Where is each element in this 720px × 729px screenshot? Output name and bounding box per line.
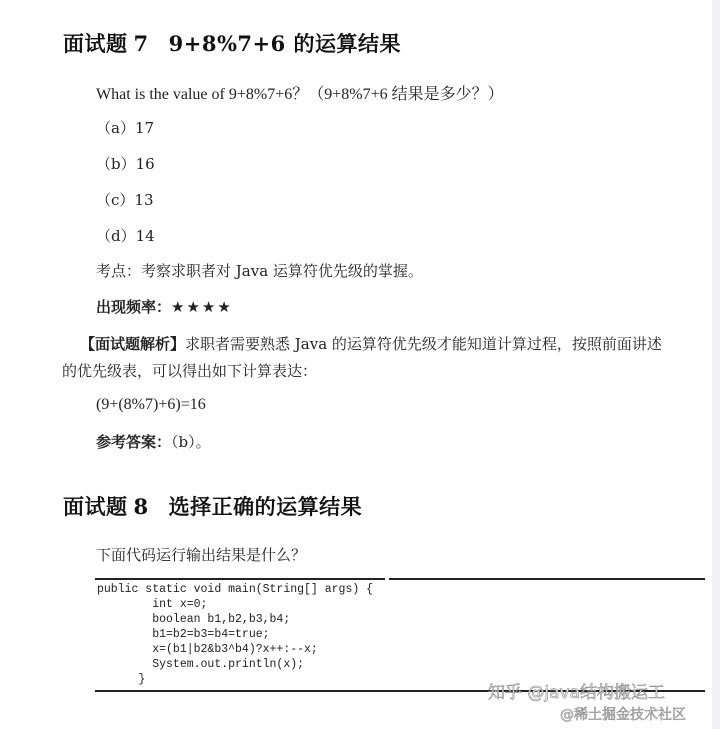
q8-heading-number: 8 [134,494,149,519]
answer-value: （b）。 [171,433,211,451]
answer-label: 参考答案： [96,433,171,451]
frequency-stars-icon: ★★★★ [171,298,233,316]
q8-code-block: public static void main(String[] args) {… [97,582,373,687]
watermark-zhihu: 知乎 @java结构搬运工 [488,678,665,703]
q7-key-point: 考点：考察求职者对 Java 运算符优先级的掌握。 [96,260,423,281]
code-top-rule [95,578,385,580]
analysis-label: 【面试题解析】 [80,335,185,353]
key-point-label: 考点： [96,262,141,280]
q7-heading-text: 9+8%7+6 的运算结果 [169,31,401,56]
q8-question: 下面代码运行输出结果是什么？ [96,544,306,565]
q7-analysis-line1: 【面试题解析】求职者需要熟悉 Java 的运算符优先级才能知道计算过程，按照前面… [80,333,662,354]
q8-heading: 面试题8选择正确的运算结果 [63,491,362,521]
watermark-juejin: @稀土掘金技术社区 [560,704,686,724]
code-top-rule-right [389,578,705,580]
q7-expression: (9+(8%7)+6)=16 [96,396,206,414]
q7-option-d: （d）14 [96,225,155,246]
q7-option-b: （b）16 [96,153,155,174]
q7-heading-prefix: 面试题 [63,31,128,56]
analysis-text: 求职者需要熟悉 Java 的运算符优先级才能知道计算过程，按照前面讲述 [185,335,662,353]
q7-option-c: （c）13 [96,189,154,210]
q7-heading-number: 7 [134,31,149,56]
frequency-label: 出现频率： [96,298,171,316]
key-point-text: 考察求职者对 Java 运算符优先级的掌握。 [141,262,423,280]
q7-answer: 参考答案：（b）。 [96,431,211,452]
q8-heading-text: 选择正确的运算结果 [169,494,363,519]
q7-option-a: （a）17 [96,117,154,138]
page-edge [712,0,720,729]
q7-question: What is the value of 9+8%7+6？（9+8%7+6 结果… [96,81,504,104]
q8-heading-prefix: 面试题 [63,494,128,519]
q7-analysis-line2: 的优先级表，可以得出如下计算表达： [62,360,317,381]
q7-heading: 面试题79+8%7+6 的运算结果 [63,28,401,58]
q7-frequency: 出现频率：★★★★ [96,296,233,317]
